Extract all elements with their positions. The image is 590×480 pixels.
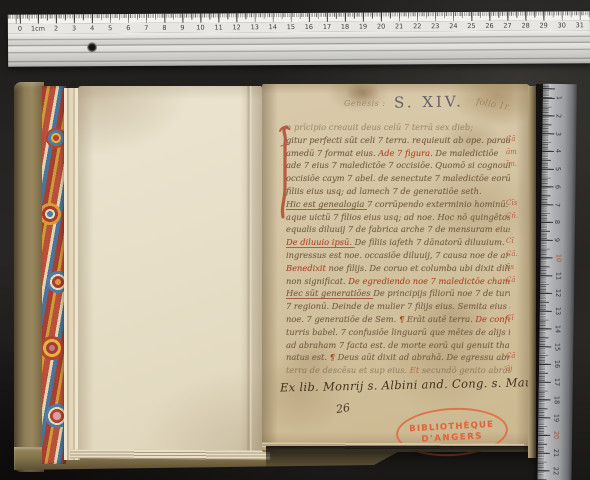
ruler-number: 1cm xyxy=(31,25,45,33)
manuscript-line: non significat. De egrediendo noe 7 male… xyxy=(286,276,510,289)
stamp-line2: D'ANGERS xyxy=(421,431,483,444)
rubric-segment: Ade 7 figura. xyxy=(378,148,435,158)
ruler-number: 27 xyxy=(503,22,511,30)
side-ruler-number: 12 xyxy=(554,289,562,297)
horizontal-cm-ruler: 01cm234567891011121314151617181920212223… xyxy=(8,11,590,67)
side-ruler-number: 13 xyxy=(554,307,562,315)
ex-libris-inscription: Ex lib. Monrij s. Albini and. Cong. s. M… xyxy=(280,375,520,394)
manuscript-text-block: n prīcipio creauit deus celū 7 terrā sex… xyxy=(286,122,510,378)
book-cover-left-edge xyxy=(14,82,44,472)
rubric-segment: ¶ xyxy=(330,352,338,362)
ruler-number: 0 xyxy=(18,25,22,33)
ruler-number: 29 xyxy=(539,21,547,29)
margin-mark: Cĩ xyxy=(506,314,514,322)
manuscript-page: Genesis : S. XIV. folio 1r. n prīcipio c… xyxy=(262,84,530,452)
side-ruler-number: 22 xyxy=(552,467,560,475)
ruler-number: 17 xyxy=(323,23,331,31)
folio-annotation: folio 1r. xyxy=(475,97,511,113)
margin-mark: ĩm. xyxy=(506,160,517,168)
margin-mark: Cĩ xyxy=(506,237,514,245)
side-ruler-number: 4 xyxy=(554,149,562,153)
ruler-number: 7 xyxy=(144,24,148,32)
text-segment: noe filijs. De coruo et columba ubi dixi… xyxy=(329,263,510,273)
ruler-number: 11 xyxy=(214,23,222,31)
book-title-annotation: Genesis : xyxy=(344,99,386,108)
text-segment: filiis eius usq; ad lamech 7 de generati… xyxy=(286,186,482,196)
page-crease xyxy=(246,86,252,452)
side-ruler-number: 7 xyxy=(553,202,561,206)
ruler-number: 14 xyxy=(269,23,277,31)
text-segment: Erāt autē terra. xyxy=(407,314,476,324)
text-segment: aque uictū 7 filios eius usq; ad noe. Ho… xyxy=(286,212,510,222)
text-segment: 7 regionū. Deinde de mulier 7 filijs eiu… xyxy=(286,301,510,311)
ruler-number: 19 xyxy=(359,23,367,31)
text-segment: terra de descēsu et sup eius. xyxy=(286,365,410,375)
shelf-number: 26 xyxy=(335,401,351,416)
manuscript-line: filiis eius usq; ad lamech 7 de generati… xyxy=(286,186,510,199)
side-ruler-number: 16 xyxy=(553,360,561,368)
text-segment: n prīcipio creauit deus celū 7 terrā sex… xyxy=(286,122,473,132)
ruler-number: 6 xyxy=(126,24,130,32)
side-ruler-number: 10 xyxy=(555,254,563,262)
text-segment: Hic est genealogia xyxy=(286,199,367,209)
manuscript-line: turris babel. 7 confusiōe linguarū que m… xyxy=(286,327,510,340)
page-header: Genesis : S. XIV. folio 1r. xyxy=(262,92,530,122)
rubric-segment: Benedixit xyxy=(286,263,329,273)
margin-mark: Cã. xyxy=(506,250,518,258)
margin-mark: Cã xyxy=(506,135,516,143)
ruler-number: 2 xyxy=(54,24,58,32)
text-segment: gitur perfecti sūt celi 7 terra. requieu… xyxy=(286,135,510,145)
side-ruler-number: 1 xyxy=(555,96,563,100)
margin-mark: Cñ. xyxy=(506,212,518,220)
ruler-number: 28 xyxy=(521,22,529,30)
text-segment: secundō genito abrām xyxy=(422,365,510,375)
ruler-number: 18 xyxy=(341,23,349,31)
side-ruler-number: 5 xyxy=(554,167,562,171)
side-ruler-number: 15 xyxy=(553,342,561,350)
manuscript-line: ade 7 eius 7 maledictōe 7 occisiōe. Quom… xyxy=(286,160,510,173)
ruler-number: 21 xyxy=(395,22,403,30)
side-ruler-number: 21 xyxy=(552,449,560,457)
margin-mark: Cĩs xyxy=(506,199,517,207)
text-segment: non significat. xyxy=(286,276,348,286)
text-segment: De principijs filiorū noe 7 de turribus xyxy=(373,288,510,298)
ruler-number: 20 xyxy=(377,22,385,30)
manuscript-line: equalis diluuij 7 de fabrica arche 7 de … xyxy=(286,224,510,237)
manuscript-line: occisiōe caym 7 abel. de senectute 7 mal… xyxy=(286,173,510,186)
ruler-number: 12 xyxy=(232,23,240,31)
manuscript-line: noe. 7 generatiōe de Sem. ¶ Erāt autē te… xyxy=(286,314,510,327)
page-edges-bottom-left xyxy=(70,449,270,459)
manuscript-line: n prīcipio creauit deus celū 7 terrā sex… xyxy=(286,122,510,135)
text-segment: occisiōe caym 7 abel. de senectute 7 mal… xyxy=(286,173,510,183)
manuscript-line: ad abraham 7 facta est. de morte eorū qu… xyxy=(286,340,510,353)
side-ruler-number: 19 xyxy=(552,413,560,421)
side-ruler-number: 8 xyxy=(553,220,561,224)
ruler-number: 31 xyxy=(576,21,584,29)
text-segment: amedū 7 format eius. xyxy=(286,148,378,158)
margin-mark: ãm xyxy=(506,148,517,156)
text-segment: natus est. xyxy=(286,352,330,362)
text-segment: Hec sūt generatiōes xyxy=(286,288,373,298)
manuscript-line: natus est. ¶ Deus aūt dixit ad abrahā. D… xyxy=(286,352,510,365)
manuscript-line: De diluuio ipsū. De filiis iafeth 7 dāna… xyxy=(286,237,510,250)
vertical-cm-ruler: 12345678910111213141516171819202122 xyxy=(537,84,577,480)
margin-mark: Cã xyxy=(506,352,516,360)
ruler-number: 26 xyxy=(485,22,493,30)
page-bottom-shadow xyxy=(266,446,546,470)
ruler-number: 15 xyxy=(287,23,295,31)
side-ruler-number: 3 xyxy=(554,131,562,135)
side-ruler-number: 14 xyxy=(554,325,562,333)
margin-mark: ñs xyxy=(506,263,514,271)
ruler-number: 8 xyxy=(162,24,166,32)
rubric-segment: De egrediendo noe 7 maledictōe cham xyxy=(348,276,510,286)
manuscript-line: Hec sūt generatiōes De principijs filior… xyxy=(286,288,510,301)
side-ruler-number: 2 xyxy=(555,114,563,118)
side-ruler-number: 18 xyxy=(553,396,561,404)
ruler-number: 16 xyxy=(305,23,313,31)
marbled-endpaper-edge xyxy=(42,86,66,464)
text-segment: De maledictiōe xyxy=(435,148,498,158)
text-segment: ad abraham 7 facta est. de morte eorū qu… xyxy=(286,340,510,350)
rubric-segment: De diluuio ipsū. xyxy=(286,237,355,247)
ruler-number: 30 xyxy=(558,21,566,29)
rubric-segment: Et xyxy=(410,365,422,375)
ruler-number: 13 xyxy=(251,23,259,31)
text-segment: noe. 7 generatiōe de Sem. xyxy=(286,314,399,324)
ruler-hanging-hole xyxy=(87,42,97,52)
ruler-number: 23 xyxy=(431,22,439,30)
rubric-segment: De confusiōe xyxy=(475,314,510,324)
ruler-number: 10 xyxy=(196,24,204,32)
side-ruler-number: 20 xyxy=(552,431,560,439)
ruler-number: 4 xyxy=(90,24,94,32)
manuscript-line: gitur perfecti sūt celi 7 terra. requieu… xyxy=(286,135,510,148)
manuscript-line: aque uictū 7 filios eius usq; ad noe. Ho… xyxy=(286,212,510,225)
ruler-number: 5 xyxy=(108,24,112,32)
manuscript-line: Hic est genealogia 7 corrūpendo extermin… xyxy=(286,199,510,212)
text-segment: ade 7 eius 7 maledictōe 7 occisiōe. Quom… xyxy=(286,160,510,170)
margin-mark: Cã xyxy=(506,276,516,284)
margin-mark: ãj xyxy=(506,365,512,373)
manuscript-line: Benedixit noe filijs. De coruo et columb… xyxy=(286,263,510,276)
blank-left-page xyxy=(78,86,262,452)
text-segment: equalis diluuij 7 de fabrica arche 7 de … xyxy=(286,224,510,234)
ruler-number: 22 xyxy=(413,22,421,30)
manuscript-line: 7 regionū. Deinde de mulier 7 filijs eiu… xyxy=(286,301,510,314)
ruler-number: 25 xyxy=(467,22,475,30)
text-segment: 7 corrūpendo exterminio hominū. xyxy=(367,199,510,209)
side-ruler-number: 17 xyxy=(553,378,561,386)
manuscript-line: amedū 7 format eius. Ade 7 figura. De ma… xyxy=(286,148,510,161)
ruler-number: 3 xyxy=(72,24,76,32)
ruler-number: 24 xyxy=(449,22,457,30)
text-segment: turris babel. 7 confusiōe linguarū que m… xyxy=(286,327,510,337)
text-segment: ingressus est noe. occasiōe diluuij, 7 c… xyxy=(286,250,510,260)
text-segment: De filiis iafeth 7 dānatorū diluuium. xyxy=(355,237,505,247)
side-ruler-number: 6 xyxy=(554,185,562,189)
manuscript-line: ingressus est noe. occasiōe diluuij, 7 c… xyxy=(286,250,510,263)
side-ruler-number: 11 xyxy=(554,271,562,279)
rubric-segment: ¶ xyxy=(399,314,407,324)
text-segment: Deus aūt dixit ad abrahā. De egressu abr… xyxy=(338,352,510,362)
century-date-annotation: S. XIV. xyxy=(394,92,464,111)
side-ruler-number: 9 xyxy=(553,238,561,242)
digitized-manuscript-photo: Genesis : S. XIV. folio 1r. n prīcipio c… xyxy=(0,0,590,480)
ruler-number: 9 xyxy=(180,24,184,32)
